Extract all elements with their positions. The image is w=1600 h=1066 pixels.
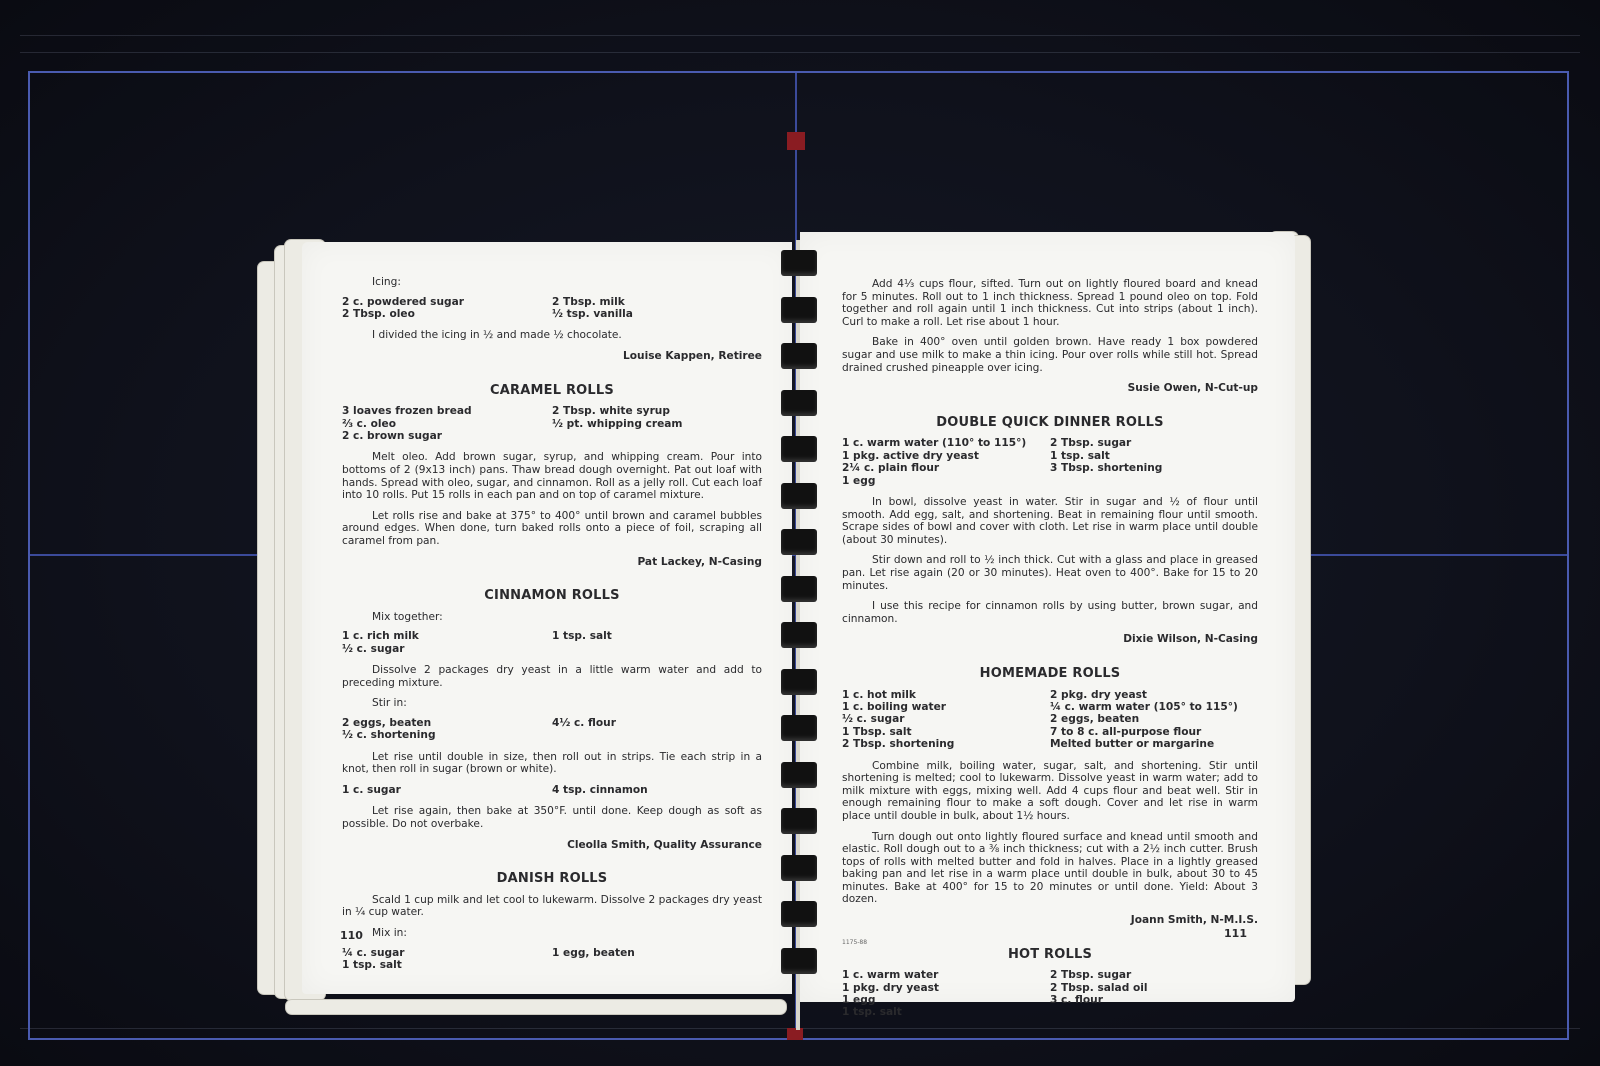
contributor-signature: Dixie Wilson, N-Casing (842, 633, 1258, 646)
instruction-paragraph: Let rolls rise and bake at 375° to 400° … (342, 510, 762, 548)
contributor-signature: Louise Kappen, Retiree (342, 350, 762, 363)
ingredient-column-right: 2 Tbsp. white syrup½ pt. whipping cream (552, 405, 762, 442)
ingredient-column-right: 4½ c. flour (552, 717, 762, 742)
instruction-paragraph: In bowl, dissolve yeast in water. Stir i… (842, 496, 1258, 546)
ingredient-item: 4½ c. flour (552, 717, 762, 729)
center-marker-top (787, 132, 805, 150)
ingredient-column-right: 2 Tbsp. sugar2 Tbsp. salad oil3 c. flour (1050, 969, 1258, 1019)
binding-ring (781, 808, 817, 834)
ingredient-item: 1 Tbsp. salt (842, 726, 1050, 738)
ingredient-item: 2 c. powdered sugar (342, 296, 552, 308)
ingredient-item: 3 c. flour (1050, 994, 1258, 1006)
scan-artifact-line (20, 35, 1580, 36)
ingredient-item: 1 c. boiling water (842, 701, 1050, 713)
right-page-content: Add 4⅓ cups flour, sifted. Turn out on l… (842, 278, 1258, 1028)
ingredient-item: 1 c. rich milk (342, 630, 552, 642)
recipe-title: CINNAMON ROLLS (342, 590, 762, 603)
ingredient-column-right: 2 Tbsp. sugar1 tsp. salt3 Tbsp. shorteni… (1050, 437, 1258, 487)
ingredient-list: 1 c. rich milk½ c. sugar1 tsp. salt (342, 630, 762, 655)
binding-ring (781, 436, 817, 462)
ingredient-column-right: 1 tsp. salt (552, 630, 762, 655)
section-label: Icing: (342, 276, 762, 289)
contributor-signature: Pat Lackey, N-Casing (342, 556, 762, 569)
binding-ring (781, 390, 817, 416)
ingredient-item: 2 Tbsp. salad oil (1050, 982, 1258, 994)
instruction-paragraph: Combine milk, boiling water, sugar, salt… (842, 760, 1258, 823)
instruction-paragraph: Turn dough out onto lightly floured surf… (842, 831, 1258, 907)
instruction-paragraph: I use this recipe for cinnamon rolls by … (842, 600, 1258, 625)
ingredient-item: 1 c. warm water (110° to 115°) (842, 437, 1050, 449)
instruction-paragraph: Bake in 400° oven until golden brown. Ha… (842, 336, 1258, 374)
ingredient-column-left: 1 c. sugar (342, 784, 552, 796)
ingredient-list: ¼ c. sugar1 tsp. salt1 egg, beaten (342, 947, 762, 972)
ingredient-item: ¼ c. sugar (342, 947, 552, 959)
binding-ring (781, 576, 817, 602)
ingredient-item: 7 to 8 c. all-purpose flour (1050, 726, 1258, 738)
ingredient-item: 2 Tbsp. sugar (1050, 437, 1258, 449)
contributor-signature: Susie Owen, N-Cut-up (842, 382, 1258, 395)
ingredient-item: Melted butter or margarine (1050, 738, 1258, 750)
ingredient-column-left: 1 c. rich milk½ c. sugar (342, 630, 552, 655)
ingredient-column-left: 3 loaves frozen bread⅔ c. oleo2 c. brown… (342, 405, 552, 442)
binding-ring (781, 343, 817, 369)
ingredient-item: 1 tsp. salt (1050, 450, 1258, 462)
ingredient-item: 2 Tbsp. oleo (342, 308, 552, 320)
instruction-paragraph: I divided the icing in ½ and made ½ choc… (342, 329, 762, 342)
ingredient-column-left: 1 c. warm water1 pkg. dry yeast1 egg1 ts… (842, 969, 1050, 1019)
ingredient-list: 3 loaves frozen bread⅔ c. oleo2 c. brown… (342, 405, 762, 442)
ingredient-item: 2 c. brown sugar (342, 430, 552, 442)
center-marker-bottom (787, 1028, 803, 1040)
instruction-paragraph: Dissolve 2 packages dry yeast in a littl… (342, 664, 762, 689)
ingredient-list: 1 c. warm water (110° to 115°)1 pkg. act… (842, 437, 1258, 487)
section-label: Mix together: (342, 611, 762, 624)
recipe-title: CARAMEL ROLLS (342, 385, 762, 398)
ingredient-item: 4 tsp. cinnamon (552, 784, 762, 796)
ingredient-column-right: 2 pkg. dry yeast¼ c. warm water (105° to… (1050, 689, 1258, 751)
recipe-title: DOUBLE QUICK DINNER ROLLS (842, 417, 1258, 430)
ingredient-item: 2 Tbsp. milk (552, 296, 762, 308)
ingredient-item: ¼ c. warm water (105° to 115°) (1050, 701, 1258, 713)
ingredient-item: 2 eggs, beaten (1050, 713, 1258, 725)
instruction-paragraph: Add 4⅓ cups flour, sifted. Turn out on l… (842, 278, 1258, 328)
ingredient-list: 2 c. powdered sugar2 Tbsp. oleo2 Tbsp. m… (342, 296, 762, 321)
ingredient-item: 1 pkg. dry yeast (842, 982, 1050, 994)
instruction-paragraph: Let rise until double in size, then roll… (342, 751, 762, 776)
ingredient-item: 3 loaves frozen bread (342, 405, 552, 417)
binding-ring (781, 669, 817, 695)
print-code: 1175-88 (842, 939, 867, 946)
left-page: Icing:2 c. powdered sugar2 Tbsp. oleo2 T… (302, 242, 792, 994)
ingredient-item: ⅔ c. oleo (342, 418, 552, 430)
ingredient-item: ½ pt. whipping cream (552, 418, 762, 430)
page-number: 110 (340, 929, 363, 942)
binding-ring (781, 855, 817, 881)
ingredient-item: ½ c. sugar (842, 713, 1050, 725)
binding-ring (781, 529, 817, 555)
page-number: 111 (1224, 927, 1247, 940)
instruction-paragraph: Stir down and roll to ½ inch thick. Cut … (842, 554, 1258, 592)
ingredient-item: 1 egg (842, 475, 1050, 487)
ingredient-item: 1 c. hot milk (842, 689, 1050, 701)
ingredient-item: ½ tsp. vanilla (552, 308, 762, 320)
binding-ring (781, 762, 817, 788)
ingredient-list: 1 c. sugar4 tsp. cinnamon (342, 784, 762, 796)
binding-ring (781, 948, 817, 974)
ingredient-item: 1 tsp. salt (842, 1006, 1050, 1018)
ingredient-item: 1 pkg. active dry yeast (842, 450, 1050, 462)
recipe-title: DANISH ROLLS (342, 873, 762, 886)
ingredient-item: ½ c. sugar (342, 643, 552, 655)
ingredient-list: 1 c. hot milk1 c. boiling water½ c. suga… (842, 689, 1258, 751)
ingredient-item: 1 c. sugar (342, 784, 552, 796)
page-stack-edge (286, 1000, 786, 1014)
contributor-signature: Joann Smith, N-M.I.S. (842, 914, 1258, 927)
instruction-paragraph: Let rise again, then bake at 350°F. unti… (342, 805, 762, 830)
ingredient-item: 1 egg (842, 994, 1050, 1006)
instruction-paragraph: Scald 1 cup milk and let cool to lukewar… (342, 894, 762, 919)
instruction-paragraph: Melt oleo. Add brown sugar, syrup, and w… (342, 451, 762, 501)
ingredient-item: 2 Tbsp. white syrup (552, 405, 762, 417)
ingredient-item: 2 pkg. dry yeast (1050, 689, 1258, 701)
scan-artifact-line (20, 52, 1580, 53)
ingredient-item: 2¼ c. plain flour (842, 462, 1050, 474)
ingredient-item: 3 Tbsp. shortening (1050, 462, 1258, 474)
ingredient-item: 2 Tbsp. sugar (1050, 969, 1258, 981)
ingredient-item: ½ c. shortening (342, 729, 552, 741)
contributor-signature: Cleolla Smith, Quality Assurance (342, 839, 762, 852)
section-label: Stir in: (342, 697, 762, 710)
ingredient-list: 2 eggs, beaten½ c. shortening4½ c. flour (342, 717, 762, 742)
section-label: Mix in: (342, 927, 762, 940)
ingredient-column-left: 1 c. warm water (110° to 115°)1 pkg. act… (842, 437, 1050, 487)
ingredient-column-left: 2 eggs, beaten½ c. shortening (342, 717, 552, 742)
ingredient-item: 2 eggs, beaten (342, 717, 552, 729)
ingredient-item: 1 tsp. salt (342, 959, 552, 971)
ingredient-item: 2 Tbsp. shortening (842, 738, 1050, 750)
right-page: Add 4⅓ cups flour, sifted. Turn out on l… (800, 232, 1295, 1002)
binding-ring (781, 901, 817, 927)
ingredient-column-left: 2 c. powdered sugar2 Tbsp. oleo (342, 296, 552, 321)
ingredient-column-left: ¼ c. sugar1 tsp. salt (342, 947, 552, 972)
binding-ring (781, 250, 817, 276)
binding-ring (781, 297, 817, 323)
binding-ring (781, 715, 817, 741)
ingredient-column-right: 4 tsp. cinnamon (552, 784, 762, 796)
ingredient-item: 1 tsp. salt (552, 630, 762, 642)
binding-ring (781, 483, 817, 509)
left-page-content: Icing:2 c. powdered sugar2 Tbsp. oleo2 T… (342, 276, 762, 980)
ingredient-item: 1 c. warm water (842, 969, 1050, 981)
ingredient-column-right: 2 Tbsp. milk½ tsp. vanilla (552, 296, 762, 321)
binding-ring (781, 622, 817, 648)
ingredient-list: 1 c. warm water1 pkg. dry yeast1 egg1 ts… (842, 969, 1258, 1019)
ingredient-column-left: 1 c. hot milk1 c. boiling water½ c. suga… (842, 689, 1050, 751)
ingredient-item: 1 egg, beaten (552, 947, 762, 959)
recipe-title: HOT ROLLS (842, 949, 1258, 962)
ingredient-column-right: 1 egg, beaten (552, 947, 762, 972)
recipe-title: HOMEMADE ROLLS (842, 668, 1258, 681)
